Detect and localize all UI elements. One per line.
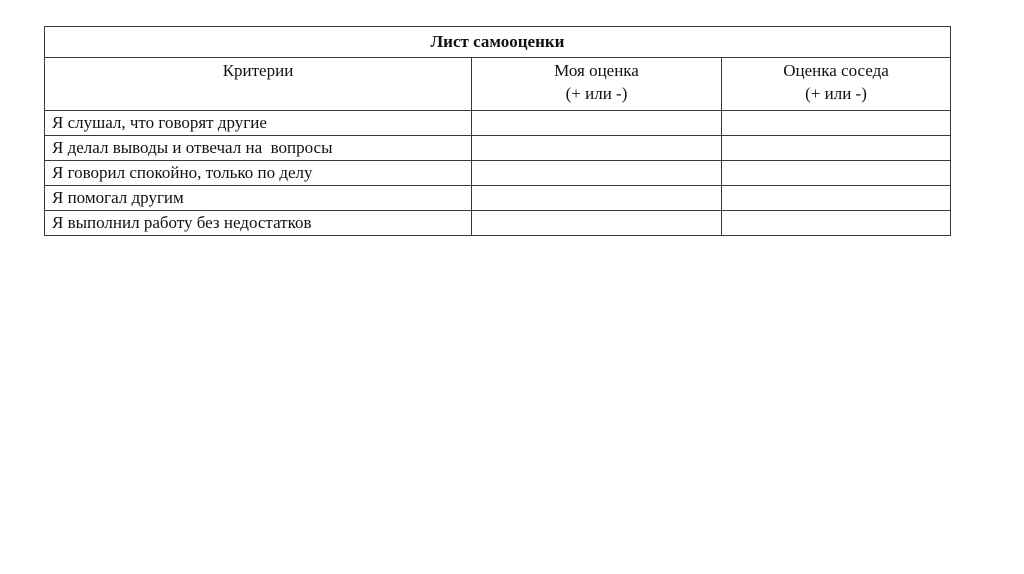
column-header-sublabel: (+ или -) (722, 82, 950, 105)
neighbor-score-cell[interactable] (722, 211, 951, 236)
criterion-cell: Я слушал, что говорят другие (45, 111, 472, 136)
column-header-neighbor-score: Оценка соседа (+ или -) (722, 58, 951, 111)
column-header-my-score: Моя оценка (+ или -) (472, 58, 722, 111)
criterion-cell: Я помогал другим (45, 186, 472, 211)
self-assessment-table: Лист самооценки Критерии Моя оценка (+ и… (44, 26, 951, 236)
my-score-cell[interactable] (472, 111, 722, 136)
my-score-cell[interactable] (472, 211, 722, 236)
column-header-criteria: Критерии (45, 58, 472, 111)
table-row: Я делал выводы и отвечал на вопросы (45, 136, 951, 161)
column-header-label: Оценка соседа (722, 59, 950, 82)
table-row: Я говорил спокойно, только по делу (45, 161, 951, 186)
column-header-sublabel: (+ или -) (472, 82, 721, 105)
criterion-cell: Я делал выводы и отвечал на вопросы (45, 136, 472, 161)
neighbor-score-cell[interactable] (722, 161, 951, 186)
neighbor-score-cell[interactable] (722, 111, 951, 136)
neighbor-score-cell[interactable] (722, 136, 951, 161)
table-row: Я выполнил работу без недостатков (45, 211, 951, 236)
my-score-cell[interactable] (472, 186, 722, 211)
header-row: Критерии Моя оценка (+ или -) Оценка сос… (45, 58, 951, 111)
title-row: Лист самооценки (45, 27, 951, 58)
table-row: Я помогал другим (45, 186, 951, 211)
criterion-cell: Я выполнил работу без недостатков (45, 211, 472, 236)
column-header-label: Моя оценка (472, 59, 721, 82)
neighbor-score-cell[interactable] (722, 186, 951, 211)
table-title: Лист самооценки (45, 27, 951, 58)
criterion-cell: Я говорил спокойно, только по делу (45, 161, 472, 186)
my-score-cell[interactable] (472, 136, 722, 161)
my-score-cell[interactable] (472, 161, 722, 186)
table-row: Я слушал, что говорят другие (45, 111, 951, 136)
column-header-label: Критерии (45, 59, 471, 82)
